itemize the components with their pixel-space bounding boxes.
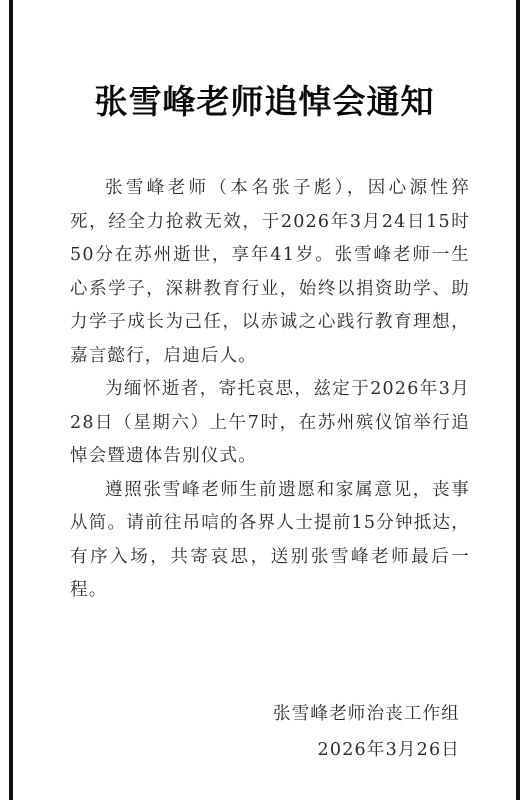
document-title: 张雪峰老师追悼会通知 — [0, 82, 529, 122]
paragraph-memorial-arrangement: 为缅怀逝者，寄托哀思，兹定于2026年3月28日（星期六）上午7时，在苏州殡仪馆… — [70, 373, 470, 474]
signature-date: 2026年3月26日 — [0, 736, 460, 761]
notice-body: 张雪峰老师（本名张子彪），因心源性猝死，经全力抢救无效，于2026年3月24日1… — [70, 172, 470, 608]
paragraph-attendance-notice: 遵照张雪峰老师生前遗愿和家属意见，丧事从简。请前往吊唁的各界人士提前15分钟抵达… — [70, 474, 470, 608]
paragraph-obituary: 张雪峰老师（本名张子彪），因心源性猝死，经全力抢救无效，于2026年3月24日1… — [70, 172, 470, 373]
signature-organization: 张雪峰老师治丧工作组 — [0, 700, 460, 725]
